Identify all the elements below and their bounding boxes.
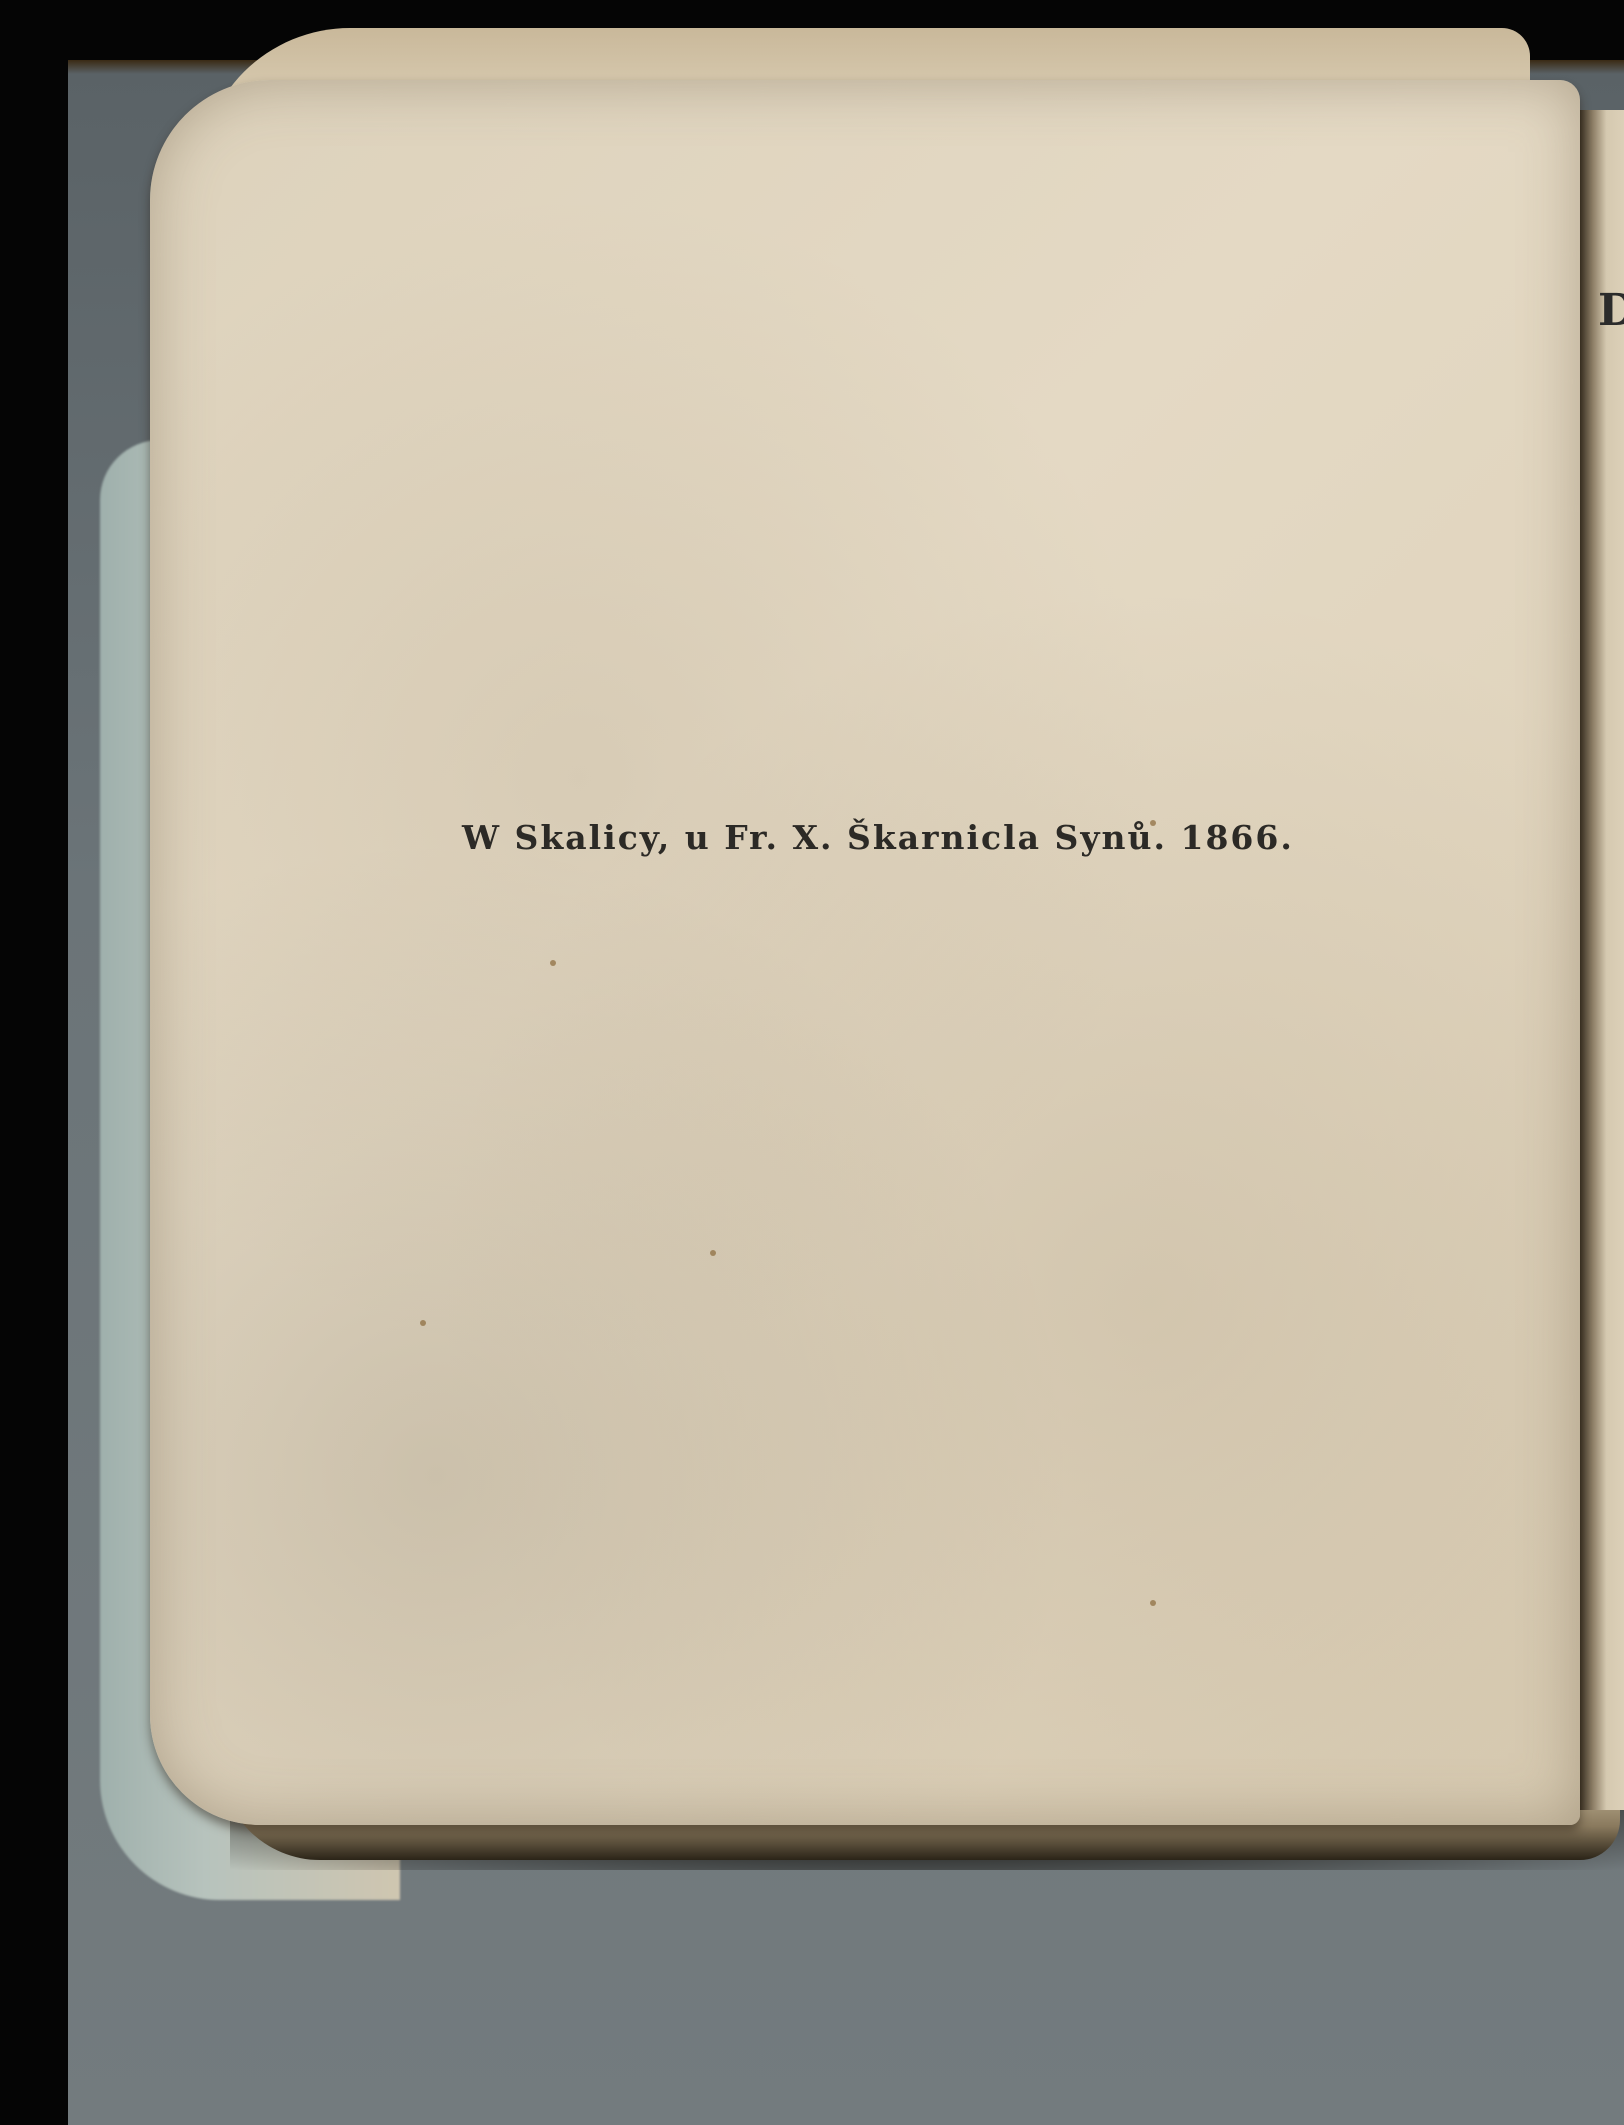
foxing-spot: [550, 960, 556, 966]
facing-page-edge: [1580, 110, 1624, 1810]
foxing-spot: [710, 1250, 716, 1256]
foxing-spot: [420, 1320, 426, 1326]
foxing-spot: [1150, 1600, 1156, 1606]
book-page: [150, 80, 1580, 1825]
facing-page-initial: D: [1598, 285, 1624, 336]
imprint-line: W Skalicy, u Fr. X. Škarnicla Synů. 1866…: [462, 818, 1362, 857]
